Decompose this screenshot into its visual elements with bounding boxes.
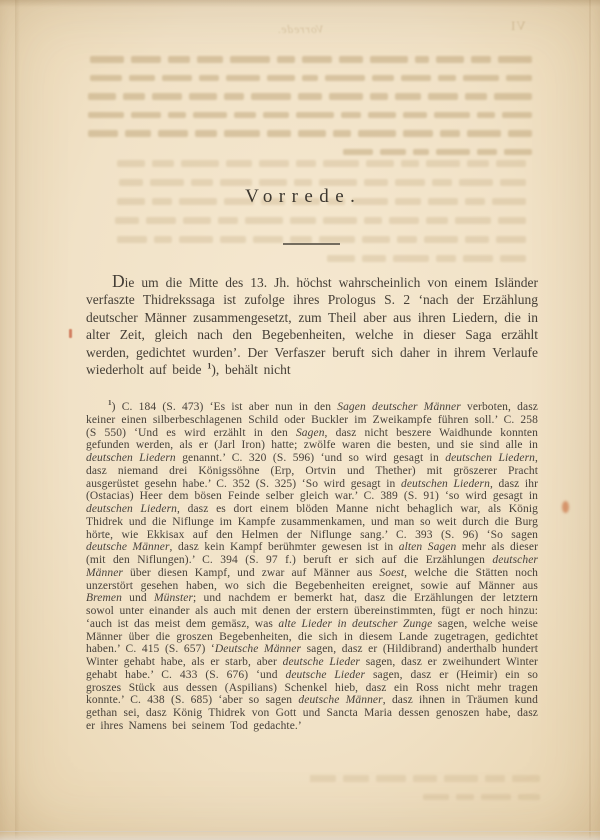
ghost-bleedthrough-bottom (310, 775, 540, 812)
ghost-running-header: Vorrede. (0, 24, 600, 36)
book-page-scan: VI Vorrede. Vorrede. Die um die Mitte de… (0, 0, 600, 840)
page-edge-line (589, 0, 591, 840)
page-fold-line (15, 0, 20, 840)
ghost-bleedthrough-top (88, 56, 532, 167)
ghost-bleedthrough-middle (96, 160, 526, 274)
scan-top-edge (0, 0, 600, 7)
footnote: 1) C. 184 (S. 473) ‘Es ist aber nun in d… (86, 401, 538, 733)
ghost-page-number: VI (510, 18, 526, 34)
title-divider-rule (283, 243, 340, 245)
intro-paragraph: Die um die Mitte des 13. Jh. höchst wahr… (86, 273, 538, 378)
page-title: Vorrede. (0, 186, 600, 208)
red-mark-left-margin (69, 329, 72, 338)
red-stain-right-margin (562, 501, 569, 513)
scan-bottom-edge (0, 831, 600, 840)
